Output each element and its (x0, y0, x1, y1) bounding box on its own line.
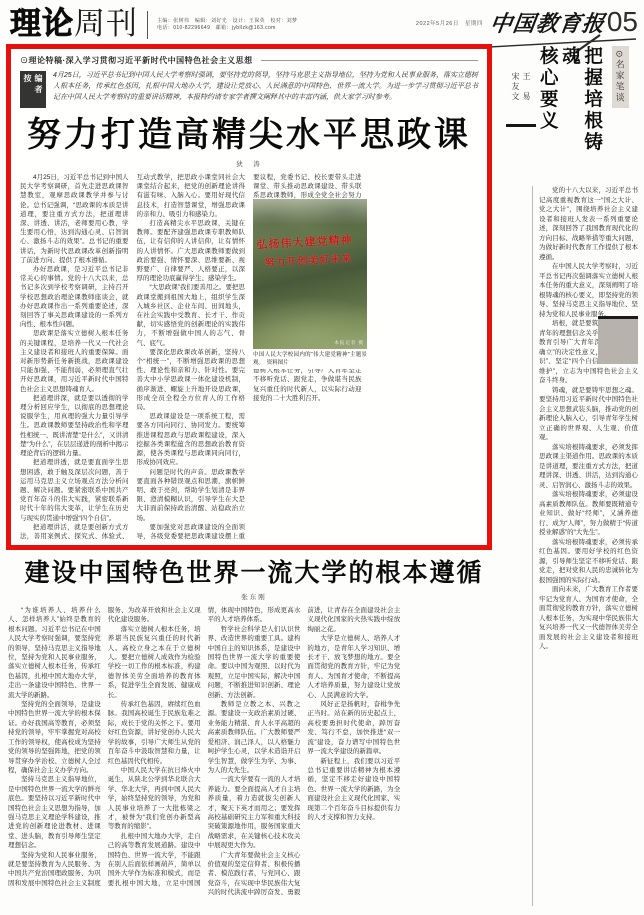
sidebar-paragraph: 落实培根铸魂要求，必须发挥思政课主渠道作用。思政课的本质是讲道理，要注重方式方法… (539, 443, 638, 491)
sidebar-article: ⊙名家笔谈 把握培根铸魂核心要义 王 易 宋友文 党的十八大以来，习近平总书记高… (506, 46, 638, 912)
featured-paragraph: “大思政课”我们要善用之。要把思政课堂搬到祖国大地上，组织学生深入城乡社区、企业… (137, 283, 246, 347)
bottom-author: 张东刚 (8, 592, 500, 601)
editor-note-text: 4月25日，习近平总书记到中国人民大学考察时强调，要坚持党的领导，坚持马克思主义… (53, 71, 478, 108)
featured-paragraph: 4月25日，习近平总书记到中国人民大学考察调研，首先走进思政课智慧教室，观摩思政… (20, 173, 129, 265)
campus-photo: 弘扬伟大建党精神 努力开创美好未来 本报记者 摄 (253, 199, 367, 349)
staff-line-1: 主编：张树伟 编辑：刘好光 设计：王保英 校对：刘梦 (157, 18, 297, 25)
bottom-paragraph: “为谁培养人、培养什么人、怎样培养人”始终是教育的根本问题。习近平总书记在中国人… (8, 606, 101, 700)
sidebar-paragraph: 落实培根铸魂要求，必须建设高素质教师队伍。教师要既精通专业知识、做好“经师”，又… (539, 490, 638, 538)
bottom-paragraph: 哲学社会科学是人们认识世界、改造世界的重要工具。建构中国自主的知识体系，是建设中… (208, 625, 301, 700)
sidebar-body-column: 党的十八大以来，习近平总书记高度重视教育这一“国之大计、党之大计”，围绕培养社会… (532, 186, 638, 906)
sidebar-title-block: ⊙名家笔谈 把握培根铸魂核心要义 王 易 宋友文 (506, 46, 629, 174)
bottom-paragraph: 新征程上，我们要以习近平总书记重要讲话精神为根本遵循，坚定不移走好建设中国特色、… (307, 757, 400, 823)
featured-paragraph: 思政课建设是一项系统工程，需要各方同向同行、协同发力。要统筹推进课程思政与思政课… (137, 412, 246, 467)
newspaper-page: 理论周刊 主编：张树伟 编辑：刘好光 设计：王保英 校对：刘梦 电话：010-8… (0, 0, 644, 915)
bottom-paragraph: 坚持马克思主义指导地位，是中国特色世界一流大学的鲜亮底色。要坚持以习近平新时代中… (8, 775, 101, 850)
featured-article-box: ⊙理论特稿·深入学习贯彻习近平新时代中国特色社会主义思想 编者按 4月25日，习… (6, 44, 492, 550)
sidebar-headline-line2: 核心要义 (538, 46, 559, 132)
topic-strip: ⊙理论特稿·深入学习贯彻习近平新时代中国特色社会主义思想 (20, 54, 478, 66)
bottom-paragraph: 中国人民大学在抗日烽火中诞生，从陕北公学到华北联合大学、华北大学，再到中国人民大… (108, 766, 201, 832)
bottom-paragraph: 坚持党的全面领导，是建设中国特色世界一流大学的根本保证。办好我国高等教育，必须坚… (8, 700, 101, 775)
photo-banner-line1: 弘扬伟大建党精神 (256, 237, 352, 251)
page-number: 05 (607, 8, 638, 36)
sidebar-author-2: 宋友文 (510, 72, 521, 102)
sidebar-paragraph: 落实培根铸魂要求，必须传承红色基因。要用好学校的红色资源，引导师生坚定不移听党话… (539, 538, 638, 586)
sidebar-rule (506, 124, 536, 127)
section-logo-light: 周刊 (74, 6, 138, 41)
staff-line-2: 电话：010-82296649 邮箱：jybllzk@163.com (157, 25, 297, 32)
bottom-paragraph: 风好正是扬帆时，奋楫争先正当时。站在新的历史起点上，高校要勇担时代使命，踔厉奋发… (307, 700, 400, 756)
sidebar-tag: ⊙名家笔谈 (612, 46, 629, 108)
paper-title-block: 2022年5月26日 星期四 中国教育报 05 (416, 8, 638, 36)
masthead-divider (147, 11, 148, 39)
featured-headline: 努力打造高精尖水平思政课 (20, 115, 478, 155)
masthead-staff: 主编：张树伟 编辑：刘好光 设计：王保英 校对：刘梦 电话：010-822966… (157, 6, 297, 32)
bottom-paragraph: 大学是立德树人、培养人才的地方，是青年人学习知识、增长才干、放飞梦想的地方。要全… (307, 634, 400, 700)
featured-paragraph: 打造高精尖水平思政课，关键在教师。要配齐建强思政课专职教师队伍，让有信仰的人讲信… (137, 219, 246, 283)
article-photo-block: 弘扬伟大建党精神 努力开创美好未来 本报记者 摄 中国人民大学校园内的“伟大建党… (253, 199, 367, 369)
publication-date: 2022年5月26日 星期四 (416, 19, 483, 27)
section-logo: 理论周刊 (10, 6, 138, 42)
bottom-paragraph: 传承红色基因，赓续红色血脉。我国高校诞生于民族危难之际，成长于党的关怀之下。要用… (108, 700, 201, 766)
paper-name: 中国教育报 (488, 12, 606, 36)
bottom-article: 建设中国特色世界一流大学的根本遵循 张东刚 “为谁培养人、培养什么人、怎样培养人… (8, 558, 500, 901)
featured-paragraph: 问题是时代的声音。思政课教学要直面各种错误观点和思潮，旗帜鲜明、敢于亮剑，帮助学… (137, 468, 246, 523)
featured-body-columns: 4月25日，习近平总书记到中国人民大学考察调研，首先走进思政课智慧教室，观摩思政… (20, 173, 478, 547)
bottom-paragraph: 落实立德树人根本任务，培养堪当民族复兴重任的时代新人。高校立身之本在于立德树人。… (108, 625, 201, 700)
bottom-paragraph: 教师是立教之本、兴教之源。要建设一支政治素质过硬、业务能力精湛、育人水平高超的高… (208, 700, 301, 775)
bottom-body-columns: “为谁培养人、培养什么人、怎样培养人”始终是教育的根本问题。习近平总书记在中国人… (8, 606, 500, 901)
featured-paragraph: 把道理讲深，就是要以透彻的学理分析回应学生，以彻底的思想理论说服学生，用真理的强… (20, 394, 129, 458)
featured-paragraph: 办好思政课，是习近平总书记非常关心的事情。党的十八大以来，总书记多次到学校考察调… (20, 265, 129, 329)
editor-note: 编者按 4月25日，习近平总书记到中国人民大学考察时强调，要坚持党的领导，坚持马… (20, 71, 478, 108)
topic-strip-rule (261, 60, 478, 61)
featured-paragraph: 思政课是落实立德树人根本任务的关键课程，是培养一代又一代社会主义建设者和接班人的… (20, 329, 129, 393)
sidebar-headline-line1: 把握培根铸魂 (560, 46, 603, 154)
section-logo-bold: 理论 (10, 6, 74, 41)
featured-paragraph: 要深化思政课改革创新，坚持八个“相统一”，不断增强思政课的思想性、理论性和亲和力… (137, 348, 246, 412)
photo-credit: 本报记者 摄 (334, 338, 364, 347)
sidebar-paragraph: 铸魂，就是要铸牢思想之魂。要坚持用习近平新时代中国特色社会主义思想武装头脑，推动… (539, 386, 638, 443)
editor-note-label: 编者按 (20, 71, 46, 108)
sidebar-paragraph: 党的十八大以来，习近平总书记高度重视教育这一“国之大计、党之大计”，围绕培养社会… (539, 186, 638, 262)
featured-author: 狄 涛 (20, 159, 478, 168)
sidebar-paragraph: 面向未来，广大教育工作者要牢记为党育人、为国育才使命，全面贯彻党的教育方针，落实… (539, 585, 638, 652)
photo-banner-text: 弘扬伟大建党精神 努力开创美好未来 (256, 237, 353, 269)
bottom-headline: 建设中国特色世界一流大学的根本遵循 (8, 558, 500, 588)
sidebar-inset-image (598, 316, 638, 364)
photo-caption: 中国人民大学校园内的“伟大建党精神”主题景观。 资料图片 (253, 352, 367, 367)
sidebar-paragraph: 在中国人民大学考察时，习近平总书记再次强调落实立德树人根本任务的重大意义，深刻阐… (539, 262, 638, 319)
topic-strip-label: ⊙理论特稿·深入学习贯彻习近平新时代中国特色社会主义思想 (20, 55, 253, 66)
sidebar-author-1: 王 易 (521, 72, 532, 102)
featured-paragraph: 把道理讲透，就是要直面学生思想困惑，敢于触及深层次问题，善于运用马克思主义立场观… (20, 458, 129, 522)
bottom-paragraph: 一流大学要有一流的人才培养能力。要全面提高人才自主培养质量，着力造就拔尖创新人才… (208, 775, 301, 850)
sidebar-authors: 王 易 宋友文 (510, 46, 532, 102)
masthead: 理论周刊 主编：张树伟 编辑：刘好光 设计：王保英 校对：刘梦 电话：010-8… (10, 6, 297, 42)
sidebar-headline: 把握培根铸魂核心要义 (537, 46, 604, 174)
photo-banner-line2: 努力开创美好未来 (264, 255, 353, 269)
